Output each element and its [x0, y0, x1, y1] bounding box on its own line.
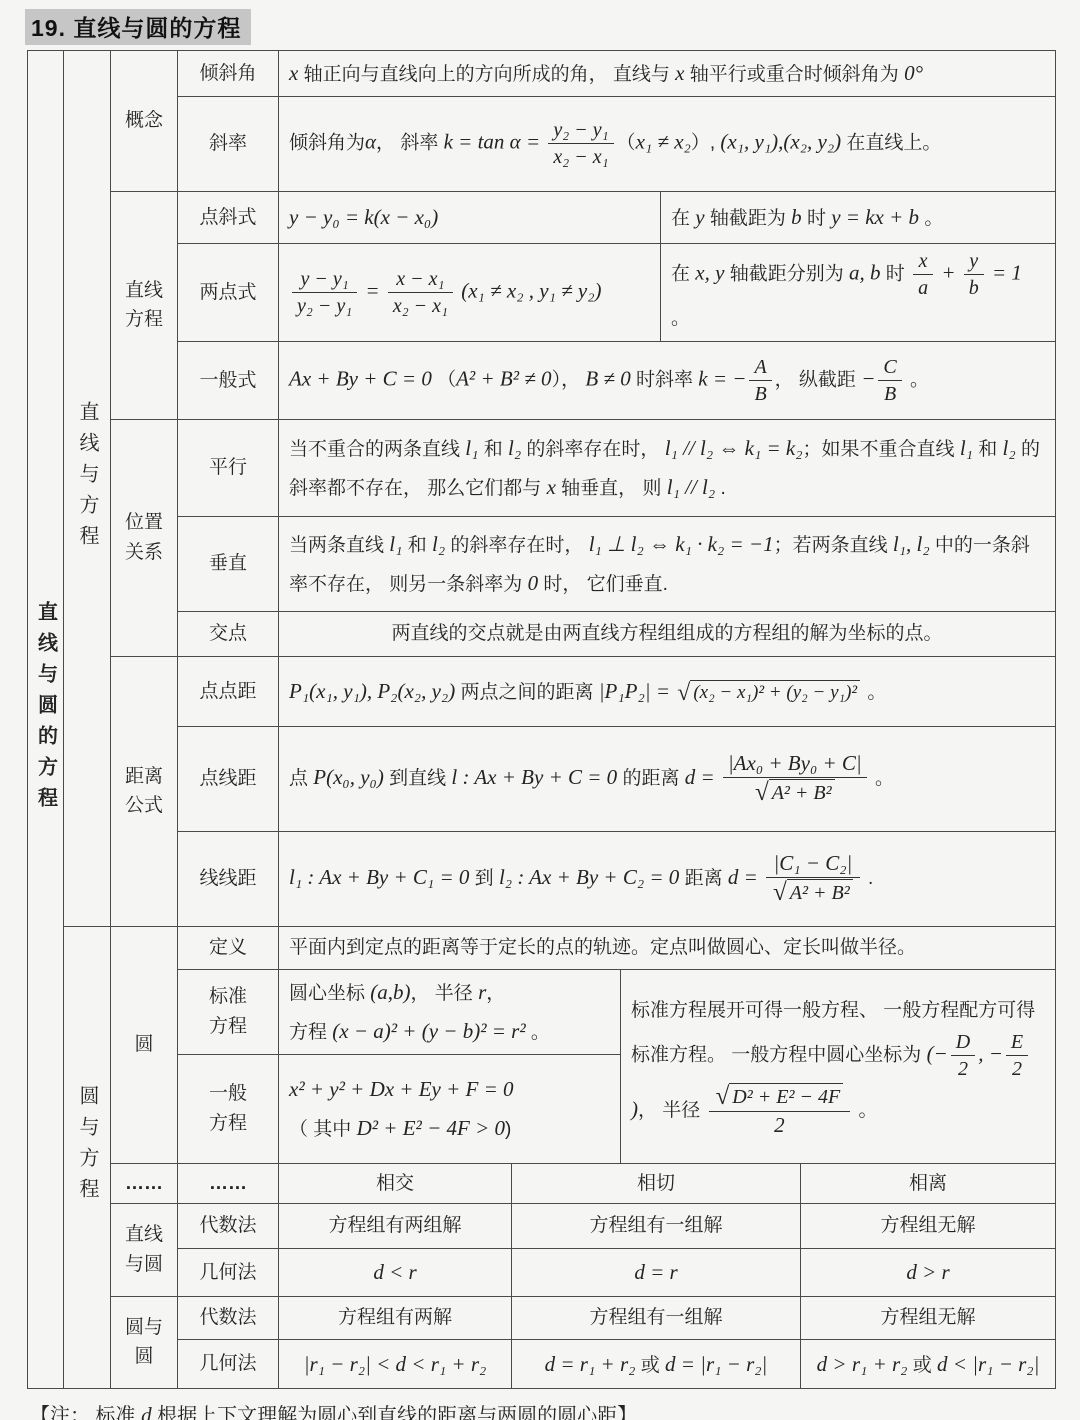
side-label-circle: 圆与方程: [77, 1085, 97, 1220]
row-label-definition: 定义: [178, 926, 279, 969]
cell-intersection: 两直线的交点就是由两直线方程组组成的方程组的解为坐标的点。: [279, 611, 1056, 656]
cell-general-form: Ax + By + C = 0 （A² + B² ≠ 0）， B ≠ 0 时斜率…: [279, 341, 1056, 419]
line-circle-equations-table: 直线与圆的方程 直线与方程 概念 倾斜角 x 轴正向与直线向上的方向所成的角， …: [27, 50, 1056, 1389]
row-circle-circle-algebra: 圆与 圆 代数法 方程组有两解 方程组有一组解 方程组无解: [28, 1296, 1056, 1339]
row-parallel: 位置 关系 平行 当不重合的两条直线 l₁ 和 l₂ 的斜率存在时， l₁ //…: [28, 419, 1056, 516]
group-line-equation: 直线 方程: [111, 191, 178, 419]
row-two-point: 两点式 y − y₁y₂ − y₁ = x − x₁x₂ − x₁ (x₁ ≠ …: [28, 243, 1056, 341]
cell-lc-geo-tangent: d = r: [512, 1248, 801, 1296]
header-separate: 相离: [801, 1163, 1056, 1203]
row-label-lc-algebra: 代数法: [178, 1203, 279, 1248]
cell-lc-alg-intersect: 方程组有两组解: [279, 1203, 512, 1248]
cell-cc-alg-separate: 方程组无解: [801, 1296, 1056, 1339]
group-circle-circle: 圆与 圆: [111, 1296, 178, 1388]
row-label-point-slope: 点斜式: [178, 191, 279, 243]
row-line-line-distance: 线线距 l₁ : Ax + By + C₁ = 0 到 l₂ : Ax + By…: [28, 831, 1056, 926]
row-label-two-point: 两点式: [178, 243, 279, 341]
group-distance: 距离 公式: [111, 656, 178, 926]
cell-dots: ……: [178, 1163, 279, 1203]
cell-circle-note: 标准方程展开可得一般方程、 一般方程配方可得标准方程。 一般方程中圆心坐标为 (…: [621, 969, 1056, 1163]
row-label-inclination: 倾斜角: [178, 51, 279, 97]
row-label-standard-eq: 标准 方程: [178, 969, 279, 1054]
row-intersection: 交点 两直线的交点就是由两直线方程组组成的方程组的解为坐标的点。: [28, 611, 1056, 656]
group-position: 位置 关系: [111, 419, 178, 656]
row-standard-equation: 标准 方程 圆心坐标 (a,b)， 半径 r，方程 (x − a)² + (y …: [28, 969, 1056, 1054]
row-label-cc-algebra: 代数法: [178, 1296, 279, 1339]
row-label-parallel: 平行: [178, 419, 279, 516]
side-col-line: 直线与方程: [64, 51, 111, 927]
cell-inclination: x 轴正向与直线向上的方向所成的角， 直线与 x 轴平行或重合时倾斜角为 0°: [279, 51, 1056, 97]
cell-two-point-intercept: 在 x, y 轴截距分别为 a, b 时 xa + yb = 1 。: [661, 243, 1056, 341]
cell-point-slope-intercept: 在 y 轴截距为 b 时 y = kx + b 。: [661, 191, 1056, 243]
row-point-line-distance: 点线距 点 P(x₀, y₀) 到直线 l : Ax + By + C = 0 …: [28, 726, 1056, 831]
row-label-lc-geometry: 几何法: [178, 1248, 279, 1296]
cell-parallel: 当不重合的两条直线 l₁ 和 l₂ 的斜率存在时， l₁ // l₂ ⇔ k₁ …: [279, 419, 1056, 516]
row-perpendicular: 垂直 当两条直线 l₁ 和 l₂ 的斜率存在时， l₁ ⊥ l₂ ⇔ k₁ · …: [28, 516, 1056, 611]
cell-line-line: l₁ : Ax + By + C₁ = 0 到 l₂ : Ax + By + C…: [279, 831, 1056, 926]
cell-cc-alg-tangent: 方程组有一组解: [512, 1296, 801, 1339]
group-dots: ……: [111, 1163, 178, 1203]
row-relation-header: …… …… 相交 相切 相离: [28, 1163, 1056, 1203]
row-inclination: 直线与圆的方程 直线与方程 概念 倾斜角 x 轴正向与直线向上的方向所成的角， …: [28, 51, 1056, 97]
footer-note: 【注： 标准 d 根据上下文理解为圆心到直线的距离与两圆的圆心距】: [30, 1399, 1080, 1420]
cell-general-eq: x² + y² + Dx + Ey + F = 0（ 其中 D² + E² − …: [279, 1054, 621, 1163]
row-point-point-distance: 距离 公式 点点距 P₁(x₁, y₁), P₂(x₂, y₂) 两点之间的距离…: [28, 656, 1056, 726]
group-line-circle: 直线 与圆: [111, 1203, 178, 1296]
cell-definition: 平面内到定点的距离等于定长的点的轨迹。定点叫做圆心、定长叫做半径。: [279, 926, 1056, 969]
row-slope: 斜率 倾斜角为α， 斜率 k = tan α = y₂ − y₁x₂ − x₁（…: [28, 96, 1056, 191]
side-col-circle: 圆与方程: [64, 926, 111, 1388]
cell-two-point: y − y₁y₂ − y₁ = x − x₁x₂ − x₁ (x₁ ≠ x₂ ,…: [279, 243, 661, 341]
row-circle-definition: 圆与方程 圆 定义 平面内到定点的距离等于定长的点的轨迹。定点叫做圆心、定长叫做…: [28, 926, 1056, 969]
cell-point-slope: y − y₀ = k(x − x₀): [279, 191, 661, 243]
side-col-main: 直线与圆的方程: [28, 51, 64, 1389]
cell-lc-geo-intersect: d < r: [279, 1248, 512, 1296]
row-label-slope: 斜率: [178, 96, 279, 191]
cell-slope: 倾斜角为α， 斜率 k = tan α = y₂ − y₁x₂ − x₁（x₁ …: [279, 96, 1056, 191]
row-line-circle-algebra: 直线 与圆 代数法 方程组有两组解 方程组有一组解 方程组无解: [28, 1203, 1056, 1248]
row-label-general-form: 一般式: [178, 341, 279, 419]
row-circle-circle-geometry: 几何法 |r₁ − r₂| < d < r₁ + r₂ d = r₁ + r₂ …: [28, 1339, 1056, 1388]
row-label-cc-geometry: 几何法: [178, 1339, 279, 1388]
cell-cc-geo-tangent: d = r₁ + r₂ 或 d = |r₁ − r₂|: [512, 1339, 801, 1388]
cell-perpendicular: 当两条直线 l₁ 和 l₂ 的斜率存在时， l₁ ⊥ l₂ ⇔ k₁ · k₂ …: [279, 516, 1056, 611]
row-general-form: 一般式 Ax + By + C = 0 （A² + B² ≠ 0）， B ≠ 0…: [28, 341, 1056, 419]
cell-point-point: P₁(x₁, y₁), P₂(x₂, y₂) 两点之间的距离 |P₁P₂| = …: [279, 656, 1056, 726]
side-label-line: 直线与方程: [77, 401, 97, 567]
cell-cc-alg-intersect: 方程组有两解: [279, 1296, 512, 1339]
cell-lc-alg-tangent: 方程组有一组解: [512, 1203, 801, 1248]
row-label-point-point: 点点距: [178, 656, 279, 726]
row-label-perpendicular: 垂直: [178, 516, 279, 611]
group-concept: 概念: [111, 51, 178, 192]
cell-cc-geo-separate: d > r₁ + r₂ 或 d < |r₁ − r₂|: [801, 1339, 1056, 1388]
cell-cc-geo-intersect: |r₁ − r₂| < d < r₁ + r₂: [279, 1339, 512, 1388]
header-tangent: 相切: [512, 1163, 801, 1203]
cell-point-line: 点 P(x₀, y₀) 到直线 l : Ax + By + C = 0 的距离 …: [279, 726, 1056, 831]
group-circle: 圆: [111, 926, 178, 1163]
row-label-intersection: 交点: [178, 611, 279, 656]
row-line-circle-geometry: 几何法 d < r d = r d > r: [28, 1248, 1056, 1296]
row-label-point-line: 点线距: [178, 726, 279, 831]
row-label-general-eq: 一般 方程: [178, 1054, 279, 1163]
row-label-line-line: 线线距: [178, 831, 279, 926]
page: 19. 直线与圆的方程 直线与圆的方程 直线与方程 概念 倾斜角 x 轴正向与直…: [0, 0, 1080, 1420]
side-label-main: 直线与圆的方程: [36, 601, 56, 829]
header-intersect: 相交: [279, 1163, 512, 1203]
cell-lc-geo-separate: d > r: [801, 1248, 1056, 1296]
cell-lc-alg-separate: 方程组无解: [801, 1203, 1056, 1248]
page-title: 19. 直线与圆的方程: [25, 9, 251, 45]
cell-standard-eq: 圆心坐标 (a,b)， 半径 r，方程 (x − a)² + (y − b)² …: [279, 969, 621, 1054]
row-point-slope: 直线 方程 点斜式 y − y₀ = k(x − x₀) 在 y 轴截距为 b …: [28, 191, 1056, 243]
